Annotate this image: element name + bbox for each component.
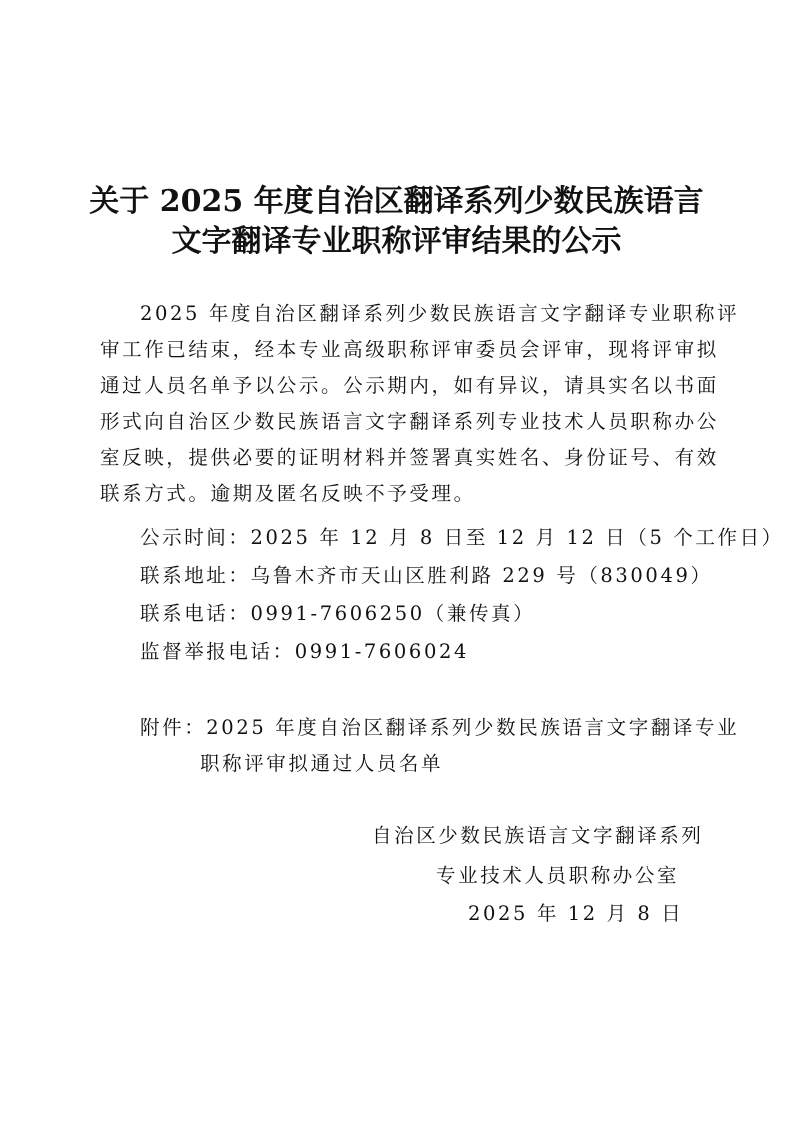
title-line-2: 文字翻译专业职称评审结果的公示 bbox=[0, 216, 793, 260]
contact-address: 联系地址：乌鲁木齐市天山区胜利路 229 号（830049） bbox=[140, 560, 713, 588]
attachment-line-2: 职称评审拟通过人员名单 bbox=[200, 748, 443, 776]
body-line-5: 室反映，提供必要的证明材料并签署真实姓名、身份证号、有效 bbox=[100, 442, 719, 470]
body-line-1: 2025 年度自治区翻译系列少数民族语言文字翻译专业职称评 bbox=[140, 298, 739, 326]
title-line-1: 关于 2025 年度自治区翻译系列少数民族语言 bbox=[0, 176, 793, 220]
body-line-6: 联系方式。逾期及匿名反映不予受理。 bbox=[100, 478, 476, 506]
report-phone: 监督举报电话：0991-7606024 bbox=[140, 636, 469, 664]
body-line-3: 通过人员名单予以公示。公示期内，如有异议，请具实名以书面 bbox=[100, 370, 719, 398]
signature-date: 2025 年 12 月 8 日 bbox=[468, 898, 683, 926]
attachment-line-1: 附件：2025 年度自治区翻译系列少数民族语言文字翻译专业 bbox=[140, 712, 739, 740]
signature-org-line-1: 自治区少数民族语言文字翻译系列 bbox=[372, 820, 704, 848]
body-line-2: 审工作已结束，经本专业高级职称评审委员会评审，现将评审拟 bbox=[100, 334, 719, 362]
body-line-4: 形式向自治区少数民族语言文字翻译系列专业技术人员职称办公 bbox=[100, 406, 719, 434]
publicity-period: 公示时间：2025 年 12 月 8 日至 12 月 12 日（5 个工作日） bbox=[140, 522, 784, 550]
contact-phone: 联系电话：0991-7606250（兼传真） bbox=[140, 598, 535, 626]
signature-org-line-2: 专业技术人员职称办公室 bbox=[436, 860, 679, 888]
